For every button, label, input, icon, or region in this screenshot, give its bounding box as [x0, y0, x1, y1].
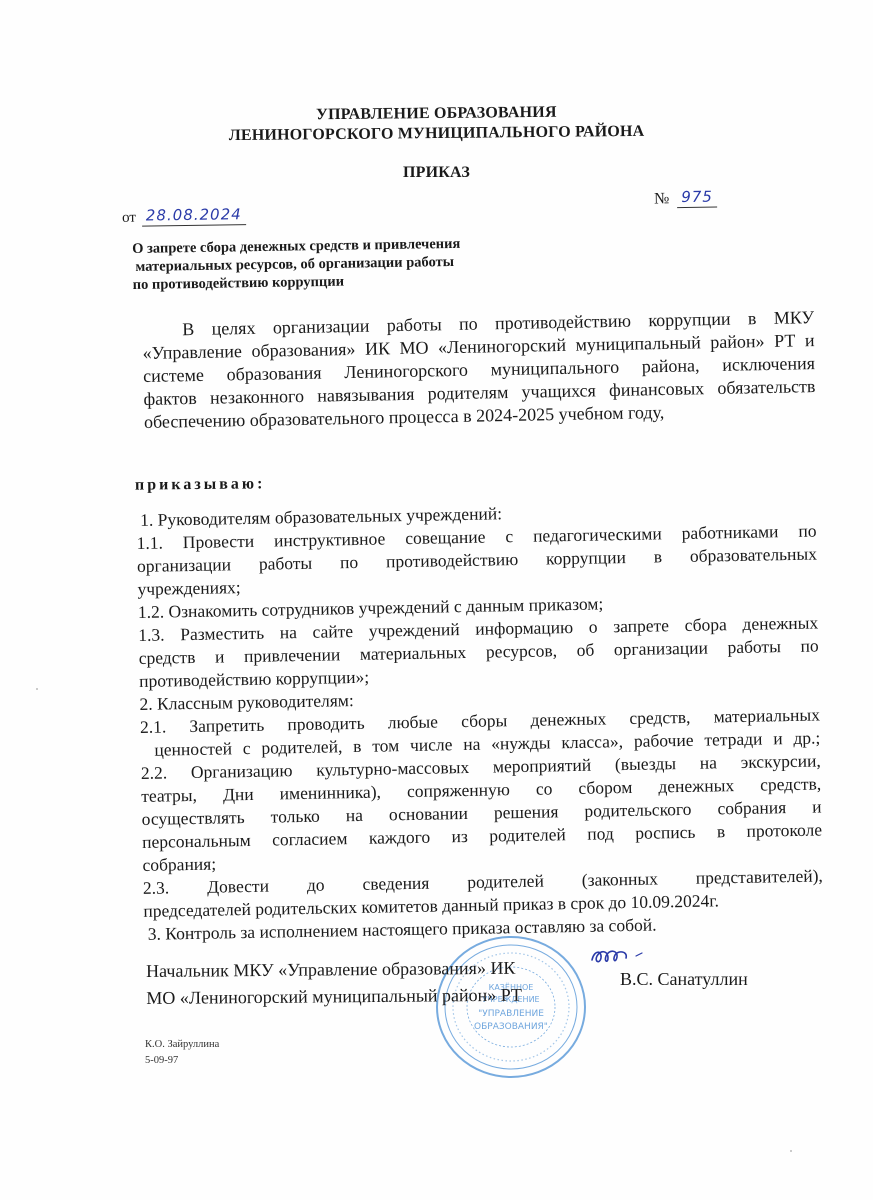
number-label: № [654, 190, 670, 208]
decree-word: приказываю: [135, 475, 266, 494]
executor-name: К.О. Зайруллина [145, 1037, 219, 1053]
signer-name: В.С. Санатуллин [620, 969, 748, 990]
date-value: 28.08.2024 [142, 205, 246, 226]
position-line-1: Начальник МКУ «Управление образования» И… [146, 955, 522, 985]
order-items: 1. Руководителям образовательных учрежде… [136, 497, 824, 946]
scan-artifact [790, 1150, 792, 1152]
number-value: 975 [677, 188, 717, 209]
stamp-text: ОБРАЗОВАНИЯ" [474, 1022, 548, 1032]
executor-phone: 5-09-97 [145, 1053, 219, 1069]
preamble-paragraph: В целях организации работы по противодей… [142, 306, 816, 434]
subject-line: по противодействию коррупции [133, 271, 461, 294]
document-type-title: ПРИКАЗ [0, 163, 873, 183]
position-line-2: МО «Лениногорский муниципальный район» Р… [146, 982, 522, 1012]
signature-icon [588, 944, 668, 968]
stamp-text: "УПРАВЛЕНИЕ [478, 1009, 544, 1019]
order-date: от 28.08.2024 [122, 205, 246, 227]
date-label: от [122, 210, 136, 227]
executor-info: К.О. Зайруллина 5-09-97 [145, 1037, 219, 1069]
organization-header: УПРАВЛЕНИЕ ОБРАЗОВАНИЯ ЛЕНИНОГОРСКОГО МУ… [0, 99, 873, 148]
order-subject: О запрете сбора денежных средств и привл… [132, 235, 461, 294]
order-number: № 975 [654, 188, 717, 209]
document-page: УПРАВЛЕНИЕ ОБРАЗОВАНИЯ ЛЕНИНОГОРСКОГО МУ… [0, 0, 873, 1200]
scan-artifact [36, 688, 38, 690]
signatory-position: Начальник МКУ «Управление образования» И… [146, 955, 522, 1012]
